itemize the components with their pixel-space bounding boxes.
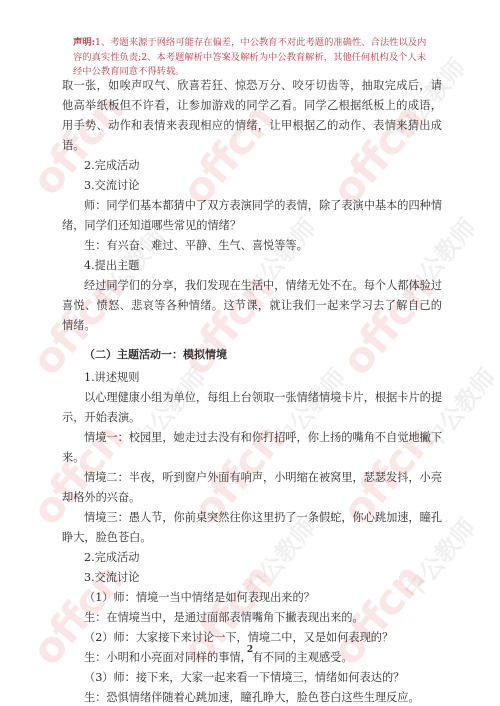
step-discussion: 3.交流讨论: [62, 176, 442, 196]
section-title: （二）主题活动一：模拟情境: [62, 345, 442, 365]
step-complete-activity-2: 2.完成活动: [62, 548, 442, 568]
rule-paragraph: 以心理健康小组为单位，每组上台领取一张情绪情境卡片，根据卡片的提示，开始表演。: [62, 388, 442, 428]
disclaimer-label: 声明:: [73, 37, 95, 48]
scenario-three: 情境三：愚人节，你前桌突然往你这里扔了一条假蛇，你心跳加速，瞳孔睁大，脸色苍白。: [62, 508, 442, 548]
question-three: （3）师：接下来，大家一起来看一下情境三，情绪如何表达的？: [62, 668, 442, 688]
document-page: offcn offcn offcn 中公教师 中公教师 中公教师 中公教师 of…: [0, 0, 500, 706]
intro-paragraph: 取一张，如唉声叹气、欣喜若狂、惊恐万分、咬牙切齿等，抽取完成后，请他高举纸板但不…: [62, 76, 442, 156]
theme-paragraph: 经过同学们的分享，我们发现在生活中，情绪无处不在。每个人都体验过喜悦、愤怒、悲哀…: [62, 276, 442, 336]
answer-one: 生：在情境当中，是通过面部表情嘴角下撇表现出来的。: [62, 608, 442, 628]
page-number: 2: [0, 645, 500, 655]
teacher-question: 师：同学们基本都猜中了双方表演同学的表情，除了表演中基本的四种情绪，同学们还知道…: [62, 196, 442, 236]
question-one: （1）师：情境一当中情绪是如何表现出来的？: [62, 588, 442, 608]
step-discussion-2: 3.交流讨论: [62, 568, 442, 588]
answer-three: 生：恐惧情绪伴随着心跳加速，瞳孔睁大，脸色苍白这些生理反应。: [62, 688, 442, 706]
student-answer: 生：有兴奋、难过、平静、生气、喜悦等等。: [62, 236, 442, 256]
scenario-one: 情境一：校园里，她走过去没有和你打招呼，你上扬的嘴角不自觉地撇下来。: [62, 428, 442, 468]
step-propose-theme: 4.提出主题: [62, 256, 442, 276]
step-complete-activity: 2.完成活动: [62, 156, 442, 176]
document-body: 取一张，如唉声叹气、欣喜若狂、惊恐万分、咬牙切齿等，抽取完成后，请他高举纸板但不…: [62, 76, 442, 706]
step-explain-rules: 1.讲述规则: [62, 368, 442, 388]
disclaimer-text: 1、考题来源于网络可能存在偏差，中公教育不对此考题的准确性、合法性以及内容的真实…: [73, 37, 426, 77]
disclaimer-notice: 声明:1、考题来源于网络可能存在偏差，中公教育不对此考题的准确性、合法性以及内容…: [73, 36, 429, 80]
scenario-two: 情境二：半夜，听到窗户外面有响声，小明缩在被窝里，瑟瑟发抖，小亮却格外的兴奋。: [62, 468, 442, 508]
